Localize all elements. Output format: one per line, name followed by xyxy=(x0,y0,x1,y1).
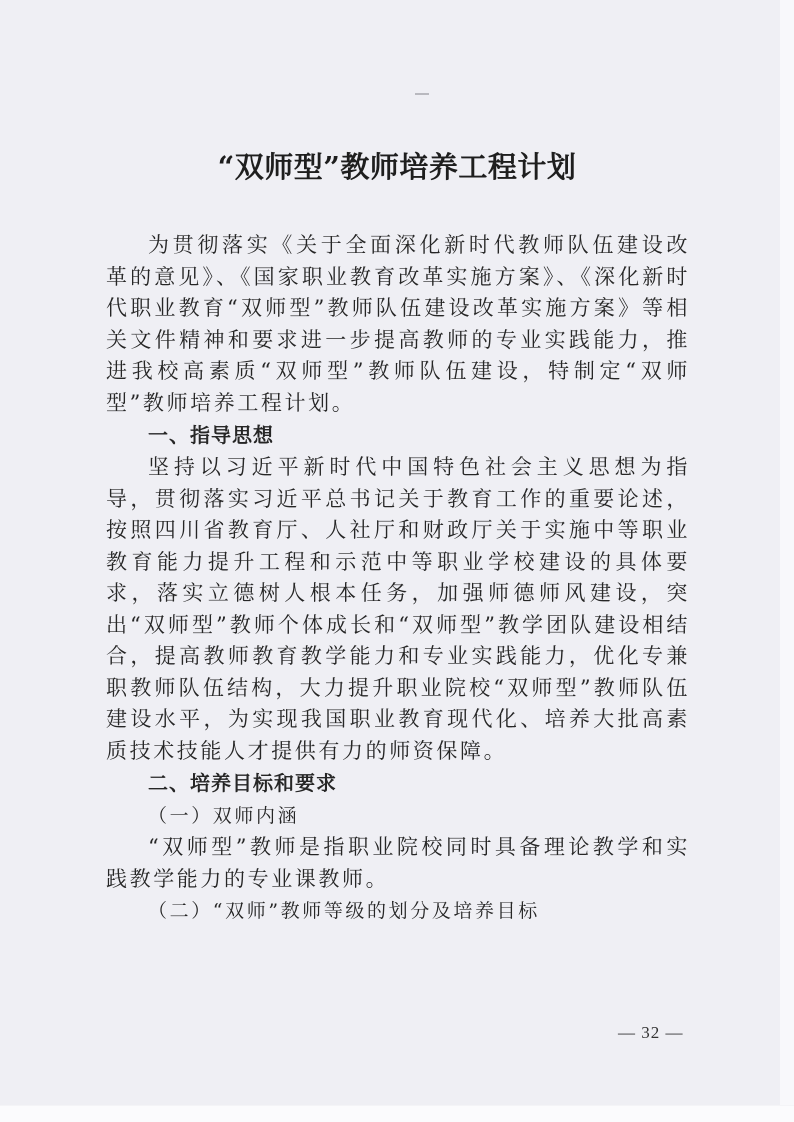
section-heading-goals: 二、培养目标和要求 xyxy=(106,767,690,800)
subsection-heading-connotation: （一）双师内涵 xyxy=(106,800,690,832)
intro-paragraph: 为贯彻落实《关于全面深化新时代教师队伍建设改革的意见》、《国家职业教育改革实施方… xyxy=(106,230,690,419)
section-heading-guiding-ideology: 一、指导思想 xyxy=(106,419,690,452)
page-number: — 32 — xyxy=(618,1023,684,1043)
page-edge-bottom xyxy=(0,1105,794,1122)
section-paragraph-guiding-ideology: 坚持以习近平新时代中国特色社会主义思想为指导，贯彻落实习近平总书记关于教育工作的… xyxy=(106,452,690,767)
header-mark xyxy=(415,93,429,95)
subsection-heading-levels: （二）“双师”教师等级的划分及培养目标 xyxy=(106,895,690,927)
document-body: 为贯彻落实《关于全面深化新时代教师队伍建设改革的意见》、《国家职业教育改革实施方… xyxy=(106,230,690,927)
subsection-paragraph-connotation: “双师型”教师是指职业院校同时具备理论教学和实践教学能力的专业课教师。 xyxy=(106,832,690,895)
document-title: “双师型”教师培养工程计划 xyxy=(0,145,794,186)
